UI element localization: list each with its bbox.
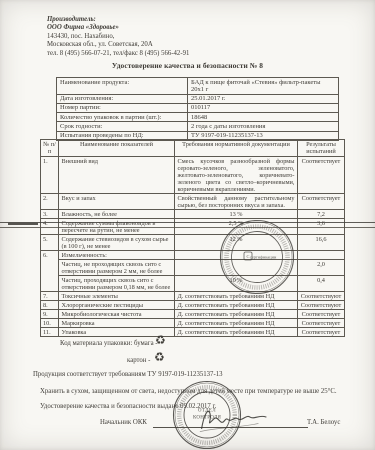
table-row: 1.Внешний видСмесь кусочков разнообразно… bbox=[41, 157, 345, 194]
tests-row-name: Внешний вид bbox=[59, 157, 175, 194]
tests-row-result: Соответствуют bbox=[298, 292, 345, 301]
cert-stamp-center-text: сертификации bbox=[250, 255, 277, 260]
tests-column-header: Результаты испытаний bbox=[298, 140, 345, 157]
table-row: Количество упаковок в партии (шт.):18648 bbox=[57, 113, 339, 122]
table-row: Частиц, не проходящих сквозь сито с отве… bbox=[41, 260, 345, 276]
tests-row-number: 7. bbox=[41, 292, 59, 301]
tests-row-number: 5. bbox=[41, 235, 59, 251]
table-row: Срок годности:2 года с даты изготовления bbox=[57, 122, 339, 131]
tests-table-body: 1.Внешний видСмесь кусочков разнообразно… bbox=[41, 157, 345, 337]
tests-row-result: Соответствует bbox=[298, 157, 345, 194]
document-page: Производитель: ООО Фирма «Здоровье» 1434… bbox=[0, 0, 375, 450]
table-row: 11.УпаковкаД. соответствовать требования… bbox=[41, 328, 345, 337]
tests-row-name: Измельченность: bbox=[59, 251, 175, 260]
tests-row-name: Хлорорганические пестициды bbox=[59, 301, 175, 310]
tests-row-requirement: Свойственный данному растительному сырью… bbox=[175, 194, 298, 210]
table-row: 5.Содержание стевиозидов в сухом сырье (… bbox=[41, 235, 345, 251]
document-title: Удостоверение качества и безопасности № … bbox=[0, 61, 375, 70]
product-row-label: Дата изготовления: bbox=[57, 94, 188, 103]
product-row-label: Номер партии: bbox=[57, 103, 188, 112]
product-info-table: Наименование продукта:БАД к пище фиточай… bbox=[56, 77, 339, 141]
product-row-label: Срок годности: bbox=[57, 122, 188, 131]
tests-row-number: 9. bbox=[41, 310, 59, 319]
signer-role: Начальник ОКК bbox=[100, 419, 147, 426]
packaging-code-label: Код материала упаковки: бумага - bbox=[60, 340, 158, 347]
tests-row-name: Маркировка bbox=[59, 319, 175, 328]
tests-row-result: 2,0 bbox=[298, 260, 345, 276]
tests-row-name: Содержание стевиозидов в сухом сырье (в … bbox=[59, 235, 175, 251]
tests-row-requirement: Д. соответствовать требованиям НД bbox=[175, 319, 298, 328]
tests-row-name: Влажность, не более bbox=[59, 210, 175, 219]
tests-row-number: 8. bbox=[41, 301, 59, 310]
certification-stamp-icon: С сертификации bbox=[217, 217, 297, 297]
product-row-value: 25.01.2017 г. bbox=[188, 94, 339, 103]
tests-row-requirement: Смесь кусочков разнообразной формы серов… bbox=[175, 157, 298, 194]
product-table-body: Наименование продукта:БАД к пище фиточай… bbox=[57, 78, 339, 141]
producer-address-line2: Московская обл., ул. Советская, 20А bbox=[47, 41, 189, 49]
table-row: 10.МаркировкаД. соответствовать требован… bbox=[41, 319, 345, 328]
tests-row-name: Частиц, проходящих сквозь сито с отверст… bbox=[59, 276, 175, 292]
tests-column-header: Требования нормативной документации bbox=[175, 140, 298, 157]
table-row: 9.Микробиологическая чистотаД. соответст… bbox=[41, 310, 345, 319]
packaging-carton-label: картон - bbox=[127, 357, 150, 364]
tests-row-result: Соответствует bbox=[298, 194, 345, 210]
tests-row-name: Вкус и запах bbox=[59, 194, 175, 210]
tests-column-header: № п/п bbox=[41, 140, 59, 157]
tests-row-result: Соответствует bbox=[298, 310, 345, 319]
table-row: Номер партии:010117 bbox=[57, 103, 339, 112]
producer-phone: тел. 8 (495) 566-07-21, тел/факс 8 (495)… bbox=[47, 50, 189, 58]
recycling-icon: ♻ bbox=[154, 351, 165, 363]
table-row: 8.Хлорорганические пестицидыД. соответст… bbox=[41, 301, 345, 310]
fold-line-artifact bbox=[0, 222, 375, 228]
tests-row-result: Соответствует bbox=[298, 319, 345, 328]
table-row: 3.Влажность, не более13 %7,2 bbox=[41, 210, 345, 219]
tests-row-result: 16,6 bbox=[298, 235, 345, 251]
producer-name: ООО Фирма «Здоровье» bbox=[47, 24, 189, 32]
tests-row-requirement: Д. соответствовать требованиям НД bbox=[175, 328, 298, 337]
tests-row-name: Токсичные элементы bbox=[59, 292, 175, 301]
tests-row-number: 2. bbox=[41, 194, 59, 210]
tests-row-number: 3. bbox=[41, 210, 59, 219]
tests-row-result bbox=[298, 251, 345, 260]
recycling-icon: ♻ bbox=[155, 334, 166, 346]
producer-block: Производитель: ООО Фирма «Здоровье» 1434… bbox=[47, 16, 189, 58]
tests-row-number: 1. bbox=[41, 157, 59, 194]
signer-name: Т.А. Белоус bbox=[307, 419, 340, 426]
table-row: Частиц, проходящих сквозь сито с отверст… bbox=[41, 276, 345, 292]
tests-row-requirement: Д. соответствовать требованиям НД bbox=[175, 301, 298, 310]
table-row: Наименование продукта:БАД к пище фиточай… bbox=[57, 78, 339, 95]
tests-row-result: Соответствуют bbox=[298, 301, 345, 310]
product-row-value: БАД к пище фиточай «Стевия» фильтр-пакет… bbox=[188, 78, 339, 95]
tests-table: № п/пНаименование показателейТребования … bbox=[40, 139, 345, 337]
table-row: Дата изготовления:25.01.2017 г. bbox=[57, 94, 339, 103]
tests-header-row: № п/пНаименование показателейТребования … bbox=[41, 140, 345, 157]
table-row: 2.Вкус и запахСвойственный данному расти… bbox=[41, 194, 345, 210]
product-row-label: Наименование продукта: bbox=[57, 78, 188, 95]
tests-row-number: 10. bbox=[41, 319, 59, 328]
tests-column-header: Наименование показателей bbox=[59, 140, 175, 157]
tests-row-number: 11. bbox=[41, 328, 59, 337]
tests-row-name: Микробиологическая чистота bbox=[59, 310, 175, 319]
product-row-value: 18648 bbox=[188, 113, 339, 122]
product-row-label: Количество упаковок в партии (шт.): bbox=[57, 113, 188, 122]
tests-row-result: 7,2 bbox=[298, 210, 345, 219]
product-row-value: 010117 bbox=[188, 103, 339, 112]
tests-row-name: Частиц, не проходящих сквозь сито с отве… bbox=[59, 260, 175, 276]
table-row: 7.Токсичные элементыД. соответствовать т… bbox=[41, 292, 345, 301]
table-row: 6.Измельченность: bbox=[41, 251, 345, 260]
tests-row-requirement: Д. соответствовать требованиям НД bbox=[175, 310, 298, 319]
producer-address-line1: 143430, пос. Нахабино, bbox=[47, 33, 189, 41]
tests-row-result: Соответствует bbox=[298, 328, 345, 337]
producer-label: Производитель: bbox=[47, 16, 189, 24]
product-row-value: 2 года с даты изготовления bbox=[188, 122, 339, 131]
tests-row-result: 0,4 bbox=[298, 276, 345, 292]
signature-icon bbox=[195, 400, 279, 436]
tests-row-number: 6. bbox=[41, 251, 59, 292]
